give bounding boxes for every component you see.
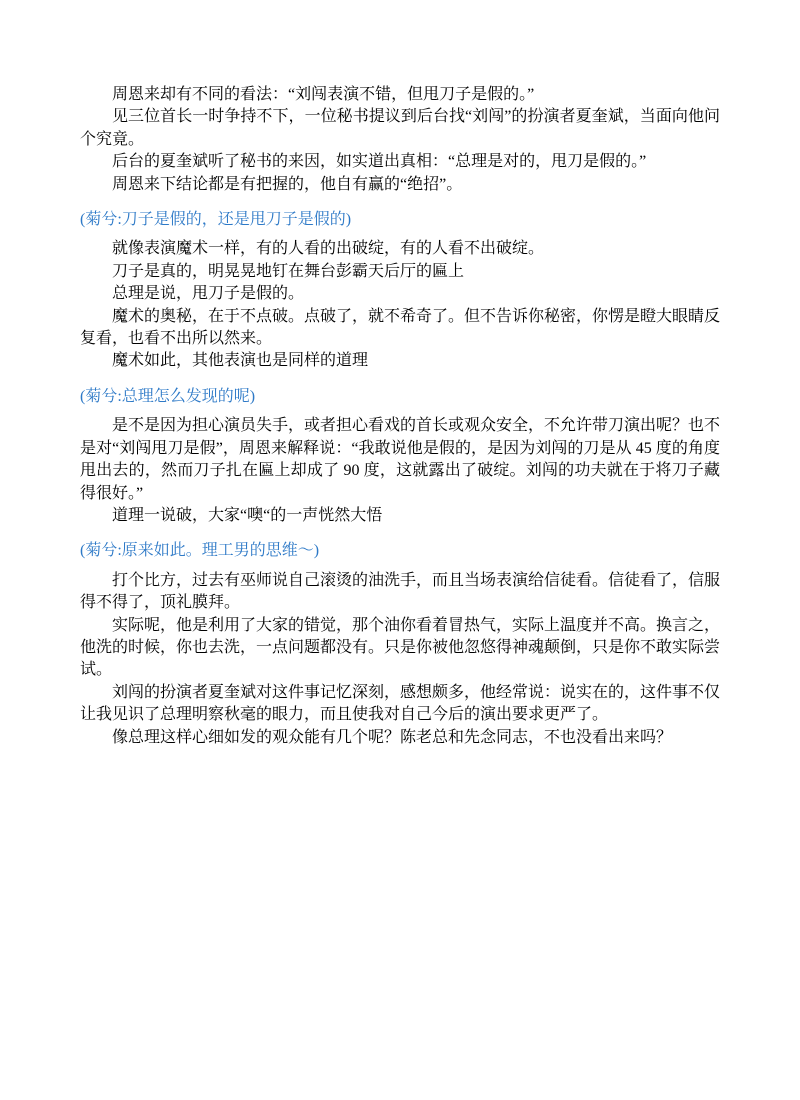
paragraph: 打个比方，过去有巫师说自己滚烫的油洗手，而且当场表演给信徒看。信徒看了，信服得不… (80, 570, 720, 615)
paragraph: 周恩来下结论都是有把握的，他自有赢的“绝招”。 (80, 174, 720, 196)
paragraph: 道理一说破，大家“噢“的一声恍然大悟 (80, 505, 720, 527)
paragraph: 像总理这样心细如发的观众能有几个呢？陈老总和先念同志，不也没看出来吗？ (80, 727, 720, 749)
paragraph: 总理是说，甩刀子是假的。 (80, 283, 720, 305)
section-heading: (菊兮:刀子是假的，还是甩刀子是假的) (80, 209, 720, 231)
paragraph: 见三位首长一时争持不下，一位秘书提议到后台找“刘闯”的扮演者夏奎斌，当面向他问个… (80, 106, 720, 151)
paragraph: 周恩来却有不同的看法：“刘闯表演不错，但甩刀子是假的。” (80, 84, 720, 106)
paragraph: 是不是因为担心演员失手，或者担心看戏的首长或观众安全，不允许带刀演出呢？也不是对… (80, 415, 720, 505)
document-page: 周恩来却有不同的看法：“刘闯表演不错，但甩刀子是假的。” 见三位首长一时争持不下… (0, 0, 800, 1100)
paragraph: 刀子是真的，明晃晃地钉在舞台彭霸天后厅的匾上 (80, 261, 720, 283)
paragraph: 实际呢，他是利用了大家的错觉，那个油你看着冒热气，实际上温度并不高。换言之，他洗… (80, 615, 720, 682)
paragraph: 后台的夏奎斌听了秘书的来因，如实道出真相：“总理是对的，甩刀是假的。” (80, 151, 720, 173)
section-heading: (菊兮:总理怎么发现的呢) (80, 386, 720, 408)
section-heading: (菊兮:原来如此。理工男的思维～) (80, 540, 720, 562)
paragraph: 魔术的奥秘，在于不点破。点破了，就不希奇了。但不告诉你秘密，你愣是瞪大眼睛反复看… (80, 306, 720, 351)
paragraph: 就像表演魔术一样，有的人看的出破绽，有的人看不出破绽。 (80, 238, 720, 260)
paragraph: 魔术如此，其他表演也是同样的道理 (80, 350, 720, 372)
paragraph: 刘闯的扮演者夏奎斌对这件事记忆深刻，感想颇多，他经常说：说实在的，这件事不仅让我… (80, 682, 720, 727)
